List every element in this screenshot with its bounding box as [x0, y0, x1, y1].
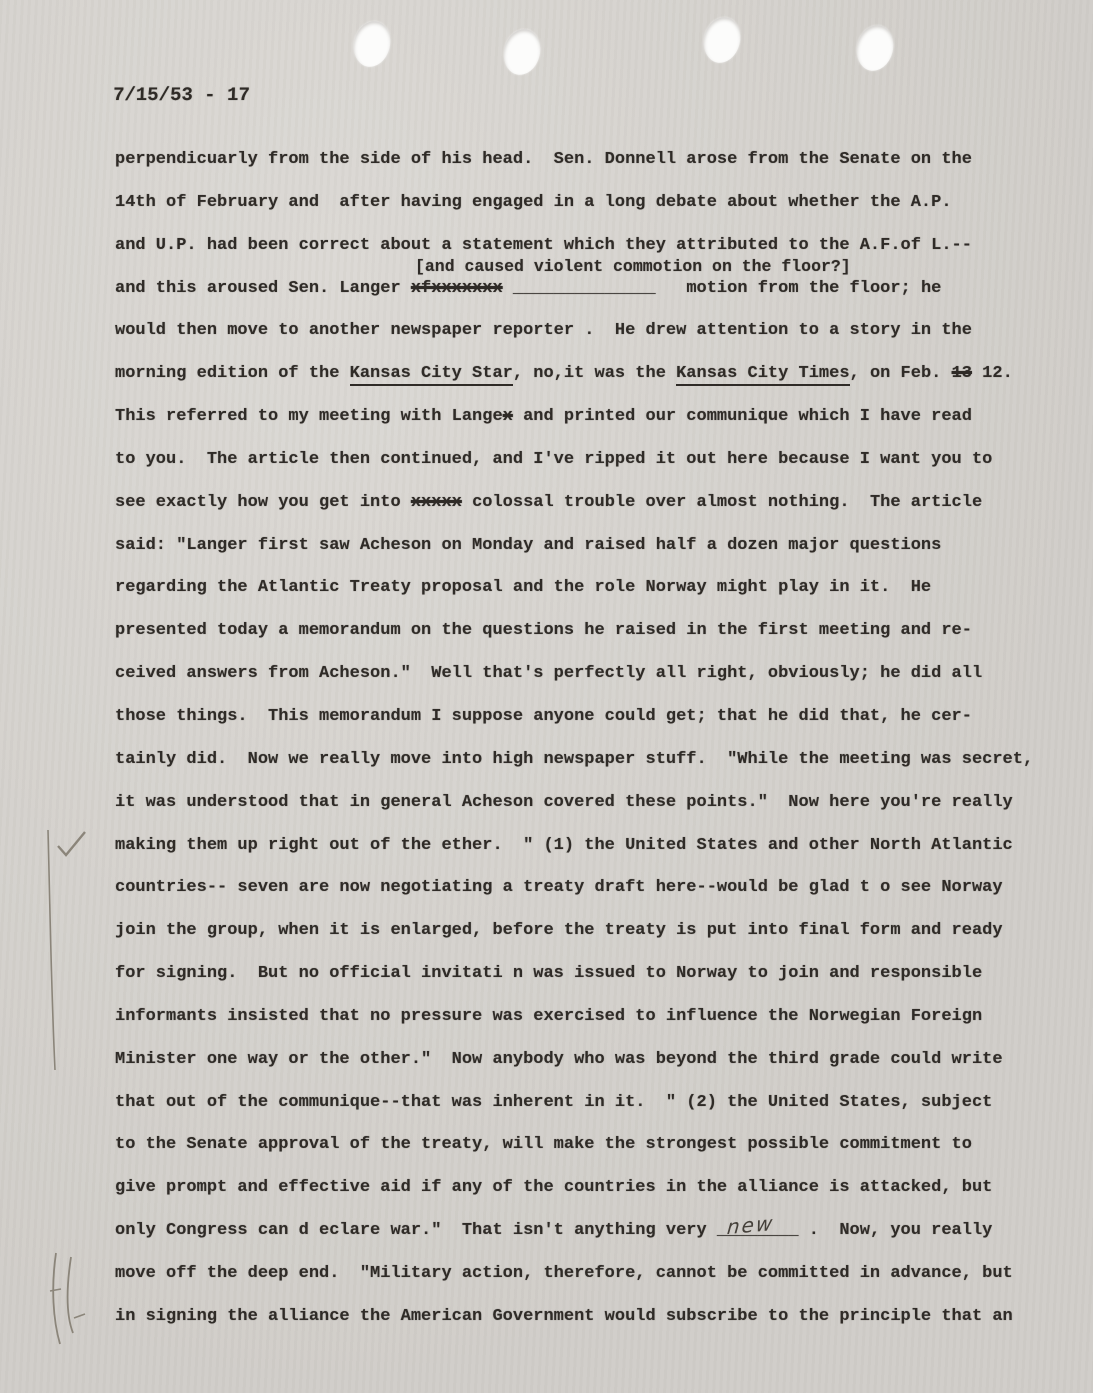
text-segment: , no,it was the [513, 364, 676, 383]
text-segment: to the Senate approval of the treaty, wi… [115, 1135, 972, 1154]
text-line: move off the deep end. "Military action,… [115, 1264, 1045, 1307]
text-segment: tainly did. Now we really move into high… [115, 750, 1033, 769]
text-line: [and caused violent commotion on the flo… [115, 279, 1045, 322]
text-segment: colossal trouble over almost nothing. Th… [462, 493, 982, 512]
text-segment: 14th of February and after having engage… [115, 193, 952, 212]
text-line: see exactly how you get into xxxxx colos… [115, 493, 1045, 536]
text-line: in signing the alliance the American Gov… [115, 1307, 1045, 1350]
text-line: join the group, when it is enlarged, bef… [115, 921, 1045, 964]
text-segment: move off the deep end. "Military action,… [115, 1264, 1013, 1283]
struck-out-text: x [503, 407, 513, 426]
text-segment: ceived answers from Acheson." Well that'… [115, 664, 982, 683]
text-line: regarding the Atlantic Treaty proposal a… [115, 578, 1045, 621]
text-line: countries-- seven are now negotiating a … [115, 878, 1045, 921]
text-segment: and printed our communique which I have … [513, 407, 972, 426]
check-mark [58, 832, 85, 855]
text-segment: motion from the floor; he [656, 279, 942, 298]
text-segment: and U.P. had been correct about a statem… [115, 236, 972, 255]
text-segment [503, 279, 513, 298]
text-segment: informants insisted that no pressure was… [115, 1007, 982, 1026]
text-line: informants insisted that no pressure was… [115, 1007, 1045, 1050]
text-segment: it was understood that in general Acheso… [115, 793, 1013, 812]
text-line: those things. This memorandum I suppose … [115, 707, 1045, 750]
punch-hole [499, 25, 545, 78]
text-segment: morning edition of the [115, 364, 350, 383]
text-line: morning edition of the Kansas City Star,… [115, 364, 1045, 407]
text-segment: to you. The article then continued, and … [115, 450, 992, 469]
text-segment: perpendicuarly from the side of his head… [115, 150, 972, 169]
vertical-margin-line [48, 830, 55, 1070]
text-segment: Minister one way or the other." Now anyb… [115, 1050, 1003, 1069]
text-segment: would then move to another newspaper rep… [115, 321, 972, 340]
text-line: This referred to my meeting with Langex … [115, 407, 1045, 450]
text-segment: ______________ [513, 279, 656, 298]
struck-out-text: xfxxxxxxx [411, 279, 503, 298]
text-segment: . Now, you really [799, 1221, 993, 1240]
text-line: making them up right out of the ether. "… [115, 836, 1045, 879]
text-segment: see exactly how you get into [115, 493, 411, 512]
text-segment: This referred to my meeting with Lange [115, 407, 503, 426]
text-line: to you. The article then continued, and … [115, 450, 1045, 493]
text-line: give prompt and effective aid if any of … [115, 1178, 1045, 1221]
text-segment: said: "Langer first saw Acheson on Monda… [115, 536, 941, 555]
text-segment: only Congress can d eclare war." That is… [115, 1221, 717, 1240]
document-body: perpendicuarly from the side of his head… [115, 150, 1045, 1350]
text-segment: 12. [972, 364, 1013, 383]
text-segment: regarding the Atlantic Treaty proposal a… [115, 578, 931, 597]
text-line: perpendicuarly from the side of his head… [115, 150, 1045, 193]
underlined-title: Kansas City Star [350, 364, 513, 386]
text-line: ceived answers from Acheson." Well that'… [115, 664, 1045, 707]
text-line: tainly did. Now we really move into high… [115, 750, 1045, 793]
text-segment: in signing the alliance the American Gov… [115, 1307, 1013, 1326]
punch-hole [852, 21, 898, 74]
text-line: for signing. But no official invitati n … [115, 964, 1045, 1007]
interlinear-insertion: [and caused violent commotion on the flo… [415, 257, 851, 276]
text-segment: countries-- seven are now negotiating a … [115, 878, 1003, 897]
text-line: that out of the communique--that was inh… [115, 1093, 1045, 1136]
text-line: would then move to another newspaper rep… [115, 321, 1045, 364]
text-segment: those things. This memorandum I suppose … [115, 707, 972, 726]
text-segment: making them up right out of the ether. "… [115, 836, 1013, 855]
text-segment: that out of the communique--that was inh… [115, 1093, 992, 1112]
text-segment: presented today a memorandum on the ques… [115, 621, 972, 640]
page-date-header: 7/15/53 - 17 [113, 84, 251, 106]
text-segment: for signing. But no official invitati n … [115, 964, 982, 983]
text-line: to the Senate approval of the treaty, wi… [115, 1135, 1045, 1178]
text-line: 14th of February and after having engage… [115, 193, 1045, 236]
text-line: only Congress can d eclare war." That is… [115, 1221, 1045, 1264]
bottom-margin-stroke [67, 1257, 73, 1333]
punch-hole [699, 13, 745, 66]
handwritten-fill-in: ________new [717, 1221, 799, 1240]
text-line: said: "Langer first saw Acheson on Monda… [115, 536, 1045, 579]
text-segment: and this aroused Sen. Langer [115, 279, 411, 298]
text-line: it was understood that in general Acheso… [115, 793, 1045, 836]
bottom-margin-tick [50, 1289, 61, 1291]
handwritten-word: new [726, 1211, 775, 1239]
text-segment: , on Feb. [850, 364, 952, 383]
text-line: Minister one way or the other." Now anyb… [115, 1050, 1045, 1093]
struck-out-text: 13 [952, 364, 972, 383]
punch-hole [349, 17, 395, 70]
text-segment: join the group, when it is enlarged, bef… [115, 921, 1003, 940]
underlined-title: Kansas City Times [676, 364, 849, 386]
text-line: presented today a memorandum on the ques… [115, 621, 1045, 664]
bottom-margin-tick [74, 1314, 85, 1318]
text-segment: give prompt and effective aid if any of … [115, 1178, 992, 1197]
struck-out-text: xxxxx [411, 493, 462, 512]
bottom-margin-stroke [53, 1253, 60, 1344]
